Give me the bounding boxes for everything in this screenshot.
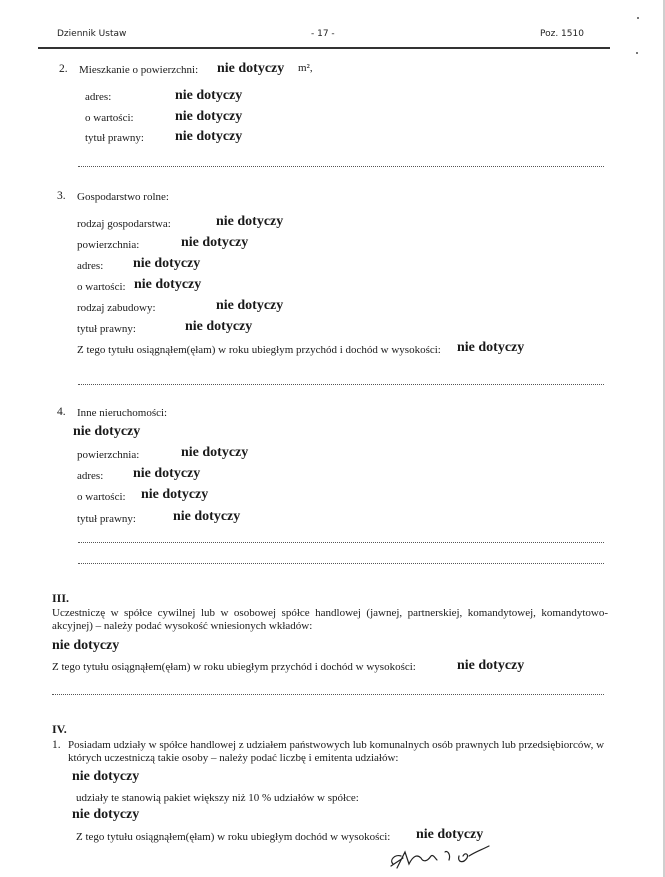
section-3-field-value: nie dotyczy xyxy=(216,298,283,314)
fill-line xyxy=(78,542,604,543)
section-4-value: nie dotyczy xyxy=(73,424,140,440)
section-3-field-label: adres: xyxy=(77,260,103,272)
section-2-number: 2. xyxy=(59,63,68,75)
section-III-title: III. xyxy=(52,591,69,606)
section-3-income-label: Z tego tytułu osiągnąłem(ęłam) w roku ub… xyxy=(77,344,441,356)
section-3-field-value: nie dotyczy xyxy=(216,214,283,230)
section-3-label: Gospodarstwo rolne: xyxy=(77,191,169,203)
section-4-field-value: nie dotyczy xyxy=(141,487,208,503)
section-4-field-value: nie dotyczy xyxy=(181,445,248,461)
section-3-field-value: nie dotyczy xyxy=(133,256,200,272)
fill-line xyxy=(78,384,604,385)
section-4-field-value: nie dotyczy xyxy=(133,466,200,482)
section-3-field-label: o wartości: xyxy=(77,281,126,293)
publication-name: Dziennik Ustaw xyxy=(57,29,126,39)
section-IV-income-value: nie dotyczy xyxy=(416,827,483,843)
page-number: - 17 - xyxy=(311,29,335,39)
header-rule xyxy=(38,47,610,49)
section-4-label: Inne nieruchomości: xyxy=(77,407,167,419)
section-IV-value: nie dotyczy xyxy=(72,769,139,785)
section-2-field-value: nie dotyczy xyxy=(175,129,242,145)
fill-line xyxy=(78,563,604,564)
section-IV-text: Posiadam udziały w spółce handlowej z ud… xyxy=(68,739,613,765)
section-IV-income-label: Z tego tytułu osiągnąłem(ęłam) w roku ub… xyxy=(76,831,390,843)
section-2-unit: m², xyxy=(298,62,313,74)
section-IV-package-label: udziały te stanowią pakiet większy niż 1… xyxy=(76,792,359,804)
section-2-field-value: nie dotyczy xyxy=(175,88,242,104)
section-IV-package-value: nie dotyczy xyxy=(72,807,139,823)
section-4-field-value: nie dotyczy xyxy=(173,509,240,525)
scan-speck xyxy=(636,52,638,54)
fill-line xyxy=(52,694,604,695)
section-III-value: nie dotyczy xyxy=(52,638,119,654)
section-2-field-label: adres: xyxy=(85,91,111,103)
signature-icon xyxy=(385,842,495,872)
section-4-number: 4. xyxy=(57,406,66,418)
section-3-field-label: tytuł prawny: xyxy=(77,323,136,335)
section-III-text: Uczestniczę w spółce cywilnej lub w osob… xyxy=(52,607,608,633)
section-3-field-label: rodzaj zabudowy: xyxy=(77,302,156,314)
section-3-field-value: nie dotyczy xyxy=(185,319,252,335)
section-3-income-value: nie dotyczy xyxy=(457,340,524,356)
position-number: Poz. 1510 xyxy=(540,29,584,39)
section-3-field-label: powierzchnia: xyxy=(77,239,139,251)
section-4-field-label: adres: xyxy=(77,470,103,482)
section-4-field-label: powierzchnia: xyxy=(77,449,139,461)
section-4-field-label: tytuł prawny: xyxy=(77,513,136,525)
section-2-value: nie dotyczy xyxy=(217,61,284,77)
section-2-label: Mieszkanie o powierzchni: xyxy=(79,64,198,76)
section-III-income-label: Z tego tytułu osiągnąłem(ęłam) w roku ub… xyxy=(52,661,416,673)
section-3-field-value: nie dotyczy xyxy=(134,277,201,293)
section-3-field-value: nie dotyczy xyxy=(181,235,248,251)
section-2-field-label: tytuł prawny: xyxy=(85,132,144,144)
section-IV-item-number: 1. xyxy=(52,739,61,751)
section-III-income-value: nie dotyczy xyxy=(457,658,524,674)
section-2-field-label: o wartości: xyxy=(85,112,134,124)
section-4-field-label: o wartości: xyxy=(77,491,126,503)
section-3-number: 3. xyxy=(57,190,66,202)
section-2-field-value: nie dotyczy xyxy=(175,109,242,125)
fill-line xyxy=(78,166,604,167)
section-IV-title: IV. xyxy=(52,722,67,737)
section-3-field-label: rodzaj gospodarstwa: xyxy=(77,218,171,230)
scan-speck xyxy=(637,17,639,19)
